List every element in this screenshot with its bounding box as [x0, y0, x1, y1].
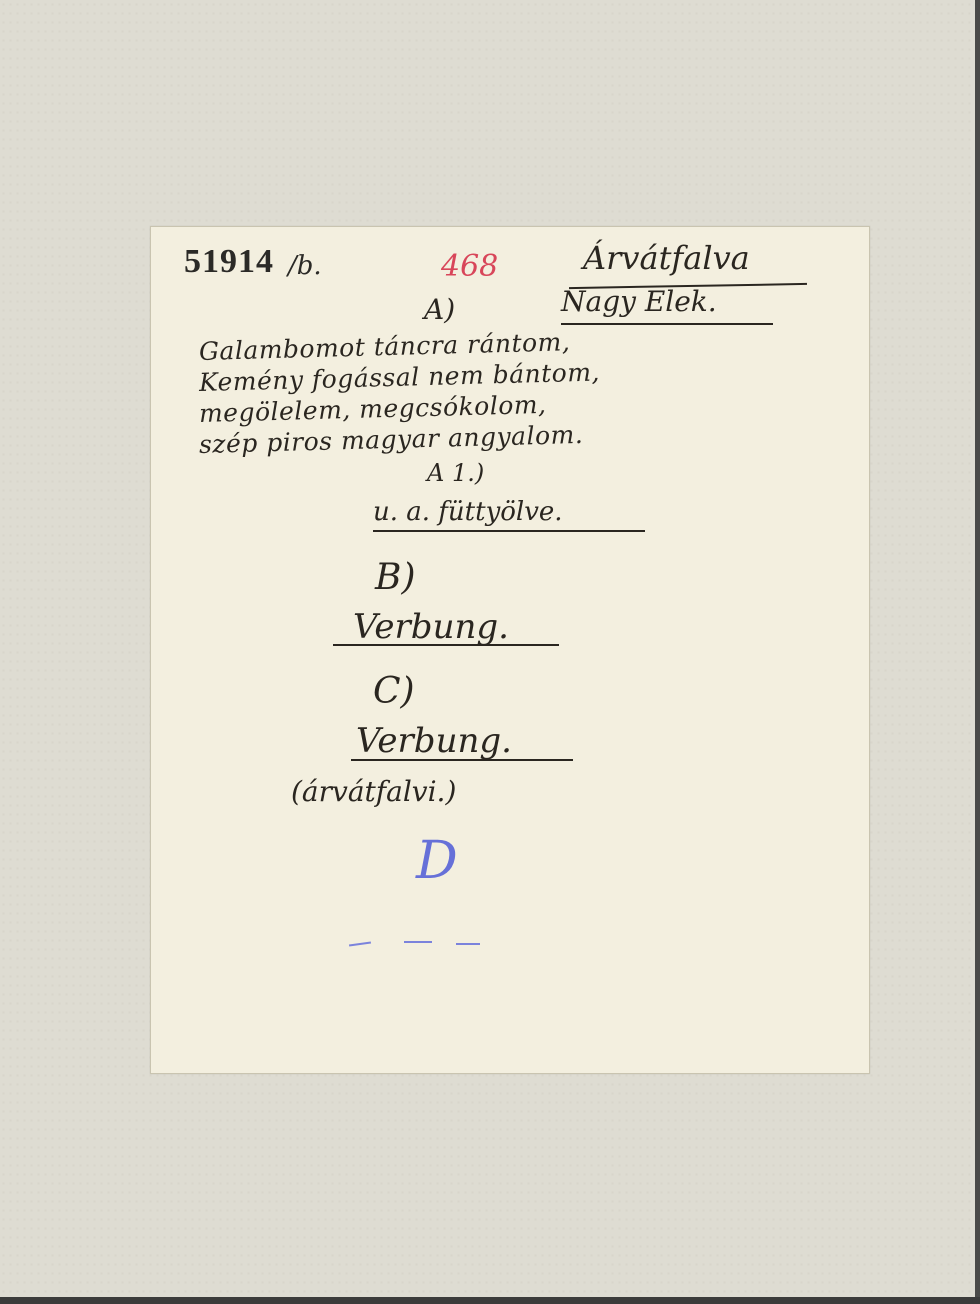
melody-underline: [373, 530, 645, 532]
blue-dash-3: [456, 943, 480, 945]
place-name: Árvátfalva: [583, 239, 750, 277]
red-number: 468: [441, 249, 498, 284]
section-b-label: B): [375, 557, 416, 598]
melody-note: u. a. füttyölve.: [373, 497, 563, 527]
section-c-note: (árvátfalvi.): [291, 775, 456, 808]
collector-underline: [561, 323, 773, 325]
catalog-number: 51914: [184, 243, 274, 281]
blue-dash-2: [404, 941, 432, 943]
section-c-label: C): [373, 671, 415, 712]
section-a1-label: A 1.): [427, 459, 484, 487]
section-c-underline: [351, 759, 573, 761]
section-b-underline: [333, 644, 559, 646]
catalog-suffix: /b.: [288, 251, 322, 281]
mount-edge-bottom: [0, 1297, 980, 1304]
mount-edge-right: [975, 0, 980, 1304]
blue-dash-1: [349, 941, 371, 946]
section-c-title: Verbung.: [356, 721, 512, 761]
collector-name: Nagy Elek.: [561, 285, 717, 318]
section-d-label: D: [416, 831, 458, 891]
section-a-label: A): [424, 293, 455, 326]
section-b-title: Verbung.: [353, 607, 509, 647]
record-card: 51914 /b. 468 Árvátfalva Nagy Elek. A) G…: [150, 226, 870, 1074]
